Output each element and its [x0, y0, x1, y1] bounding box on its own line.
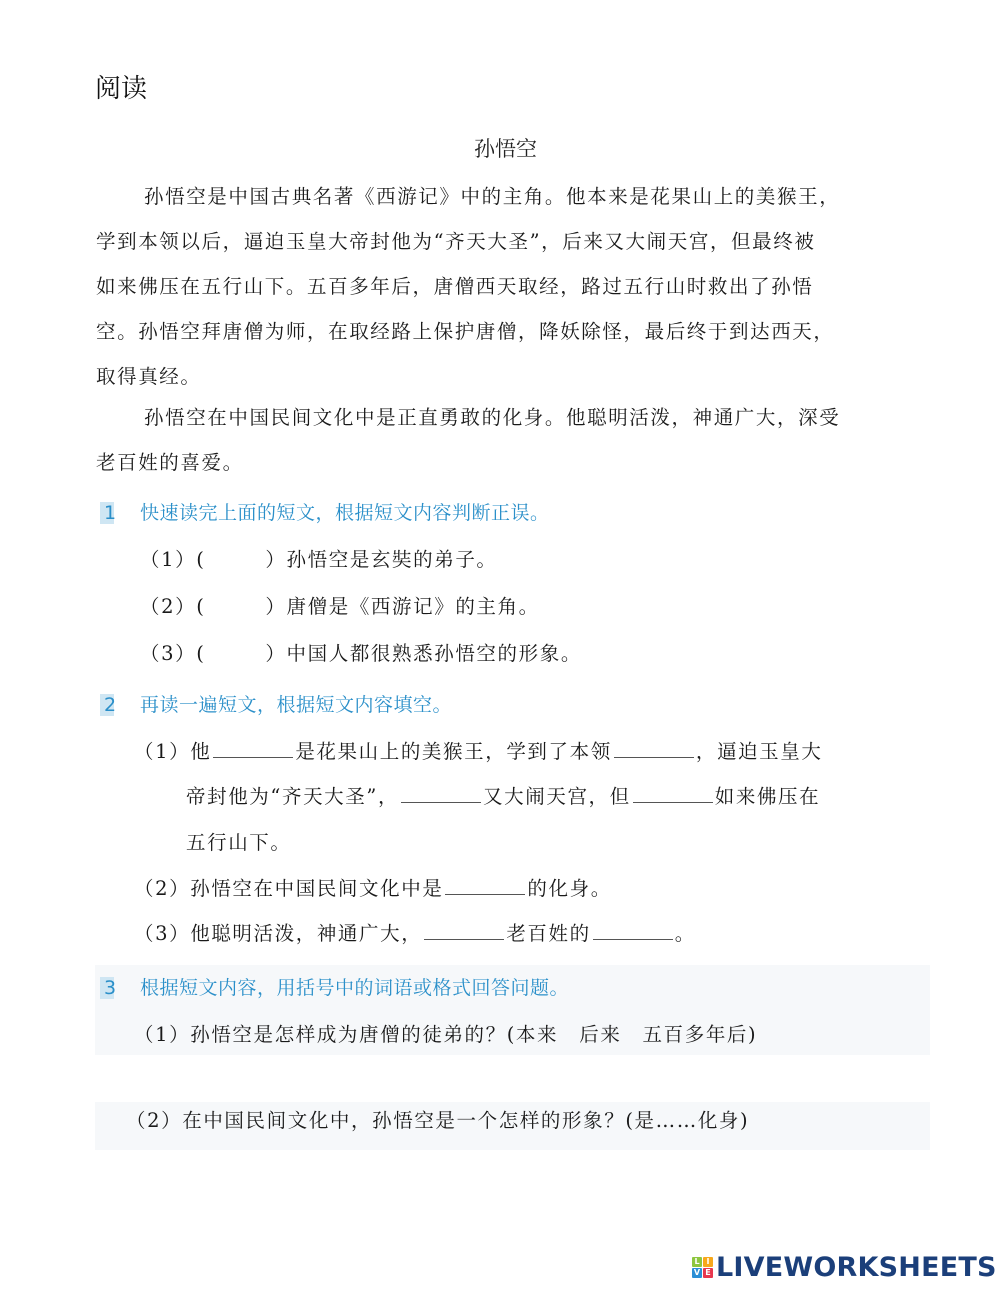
fill-blank[interactable] [445, 876, 525, 895]
passage-line: 空。孙悟空拜唐僧为师，在取经路上保护唐僧，降妖除怪，最后终于到达西天， [96, 309, 916, 354]
passage-line: 孙悟空在中国民间文化中是正直勇敢的化身。他聪明活泼，神通广大，深受 [96, 395, 916, 440]
fill-blank[interactable] [213, 739, 293, 758]
story-title: 孙悟空 [474, 133, 537, 163]
fill-blank[interactable] [424, 921, 504, 940]
judge-item-1: （1）(）孙悟空是玄奘的弟子。 [140, 544, 498, 572]
fill-blank[interactable] [593, 921, 673, 940]
judge-item-2: （2）(）唐僧是《西游记》的主角。 [140, 591, 540, 619]
logo-text: LIVEWORKSHEETS [716, 1252, 997, 1283]
section-number: 1 [100, 502, 140, 524]
passage-paragraph-1: 孙悟空是中国古典名著《西游记》中的主角。他本来是花果山上的美猴王， 学到本领以后… [96, 174, 916, 399]
fill-blank[interactable] [633, 784, 713, 803]
page-heading: 阅读 [95, 68, 147, 105]
passage-line: 孙悟空是中国古典名著《西游记》中的主角。他本来是花果山上的美猴王， [96, 174, 916, 219]
section-2-title: 2再读一遍短文，根据短文内容填空。 [100, 690, 452, 717]
fill-item-2: （2）孙悟空在中国民间文化中是的化身。 [134, 873, 612, 901]
passage-line: 学到本领以后，逼迫玉皇大帝封他为“齐天大圣”，后来又大闹天宫，但最终被 [96, 219, 916, 264]
section-3-title: 3根据短文内容，用括号中的词语或格式回答问题。 [100, 973, 569, 1000]
fill-blank[interactable] [614, 739, 694, 758]
section-number: 3 [100, 977, 140, 999]
answer-item-2: （2）在中国民间文化中，孙悟空是一个怎样的形象？(是……化身) [126, 1105, 749, 1133]
passage-paragraph-2: 孙悟空在中国民间文化中是正直勇敢的化身。他聪明活泼，神通广大，深受 老百姓的喜爱… [96, 395, 916, 485]
fill-item-1-line-3: 五行山下。 [186, 827, 292, 855]
fill-item-1-line-2: 帝封他为“齐天大圣”，又大闹天宫，但如来佛压在 [186, 781, 820, 809]
live-logo-icon: L I V E [692, 1257, 713, 1278]
liveworksheets-logo: L I V E LIVEWORKSHEETS [692, 1252, 997, 1283]
fill-item-3: （3）他聪明活泼，神通广大，老百姓的。 [134, 918, 696, 946]
passage-line: 老百姓的喜爱。 [96, 440, 916, 485]
fill-item-1-line-1: （1）他是花果山上的美猴王，学到了本领，逼迫玉皇大 [134, 736, 822, 764]
passage-line: 如来佛压在五行山下。五百多年后，唐僧西天取经，路过五行山时救出了孙悟 [96, 264, 916, 309]
section-1-title: 1快速读完上面的短文，根据短文内容判断正误。 [100, 498, 550, 525]
passage-line: 取得真经。 [96, 354, 916, 399]
section-number: 2 [100, 694, 140, 716]
fill-blank[interactable] [401, 784, 481, 803]
judge-item-3: （3）(）中国人都很熟悉孙悟空的形象。 [140, 638, 582, 666]
answer-item-1: （1）孙悟空是怎样成为唐僧的徒弟的？(本来 后来 五百多年后) [134, 1019, 757, 1047]
